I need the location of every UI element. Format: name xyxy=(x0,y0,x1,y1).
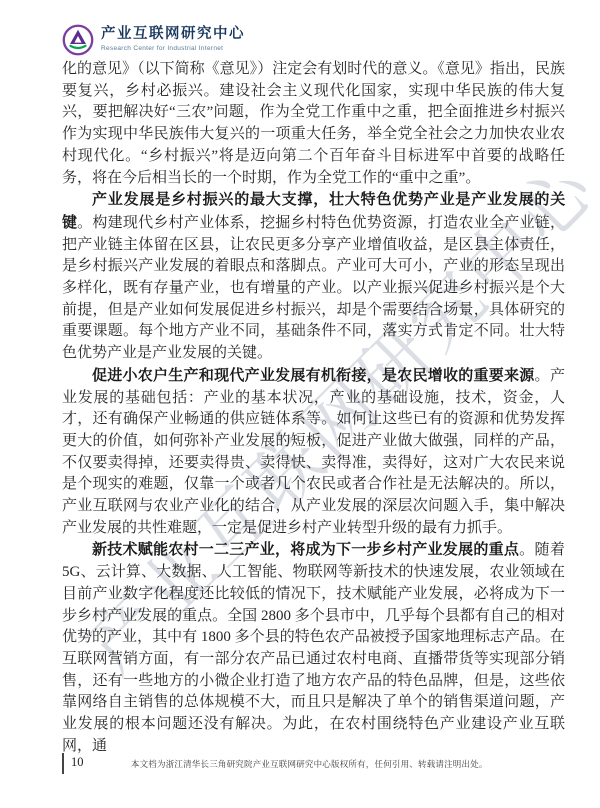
document-page: 产业互联网研究中心 产业互联网研究中心 Research Center for … xyxy=(0,0,600,808)
paragraph-lead-bold: 促进小农户生产和现代产业发展有机衔接，是农民增收的重要来源 xyxy=(92,367,535,384)
body-paragraph-4: 新技术赋能农村一二三产业，将成为下一步乡村产业发展的重点。随着5G、云计算、大数… xyxy=(62,539,565,757)
document-body: 化的意见》（以下简称《意见》）注定会有划时代的意义。《意见》指出，民族要复兴，乡… xyxy=(62,58,565,758)
paragraph-text: 。随着5G、云计算、大数据、人工智能、物联网等新技术的快速发展，农业领域在目前产… xyxy=(62,542,565,753)
paragraph-text: 化的意见》（以下简称《意见》）注定会有划时代的意义。《意见》指出，民族要复兴，乡… xyxy=(62,61,565,186)
paragraph-text: 。产业发展的基础包括：产业的基本状况，产业的基础设施，技术，资金，人才，还有确保… xyxy=(62,368,565,536)
org-title-block: 产业互联网研究中心 Research Center for Industrial… xyxy=(101,27,245,52)
page-footer: 10 本文档为浙江清华长三角研究院产业互联网研究中心版权所有，任何引用、转载请注… xyxy=(62,753,565,774)
copyright-note: 本文档为浙江清华长三角研究院产业互联网研究中心版权所有，任何引用、转载请注明出处… xyxy=(84,758,566,770)
org-name-english: Research Center for Industrial Internet xyxy=(101,45,245,52)
org-name: 产业互联网研究中心 xyxy=(101,27,245,43)
page-number: 10 xyxy=(62,753,84,774)
page-header: 产业互联网研究中心 Research Center for Industrial… xyxy=(62,24,245,56)
body-paragraph-3: 促进小农户生产和现代产业发展有机衔接，是农民增收的重要来源。产业发展的基础包括：… xyxy=(62,365,565,540)
org-logo-icon xyxy=(62,24,94,56)
body-paragraph-1: 化的意见》（以下简称《意见》）注定会有划时代的意义。《意见》指出，民族要复兴，乡… xyxy=(62,58,565,189)
paragraph-lead-bold: 新技术赋能农村一二三产业，将成为下一步乡村产业发展的重点 xyxy=(92,541,519,558)
body-paragraph-2: 产业发展是乡村振兴的最大支撑，壮大特色优势产业是产业发展的关键。构建现代乡村产业… xyxy=(62,189,565,365)
paragraph-text: 。构建现代乡村产业体系，挖掘乡村特色优势资源，打造农业全产业链，把产业链主体留在… xyxy=(62,215,565,361)
